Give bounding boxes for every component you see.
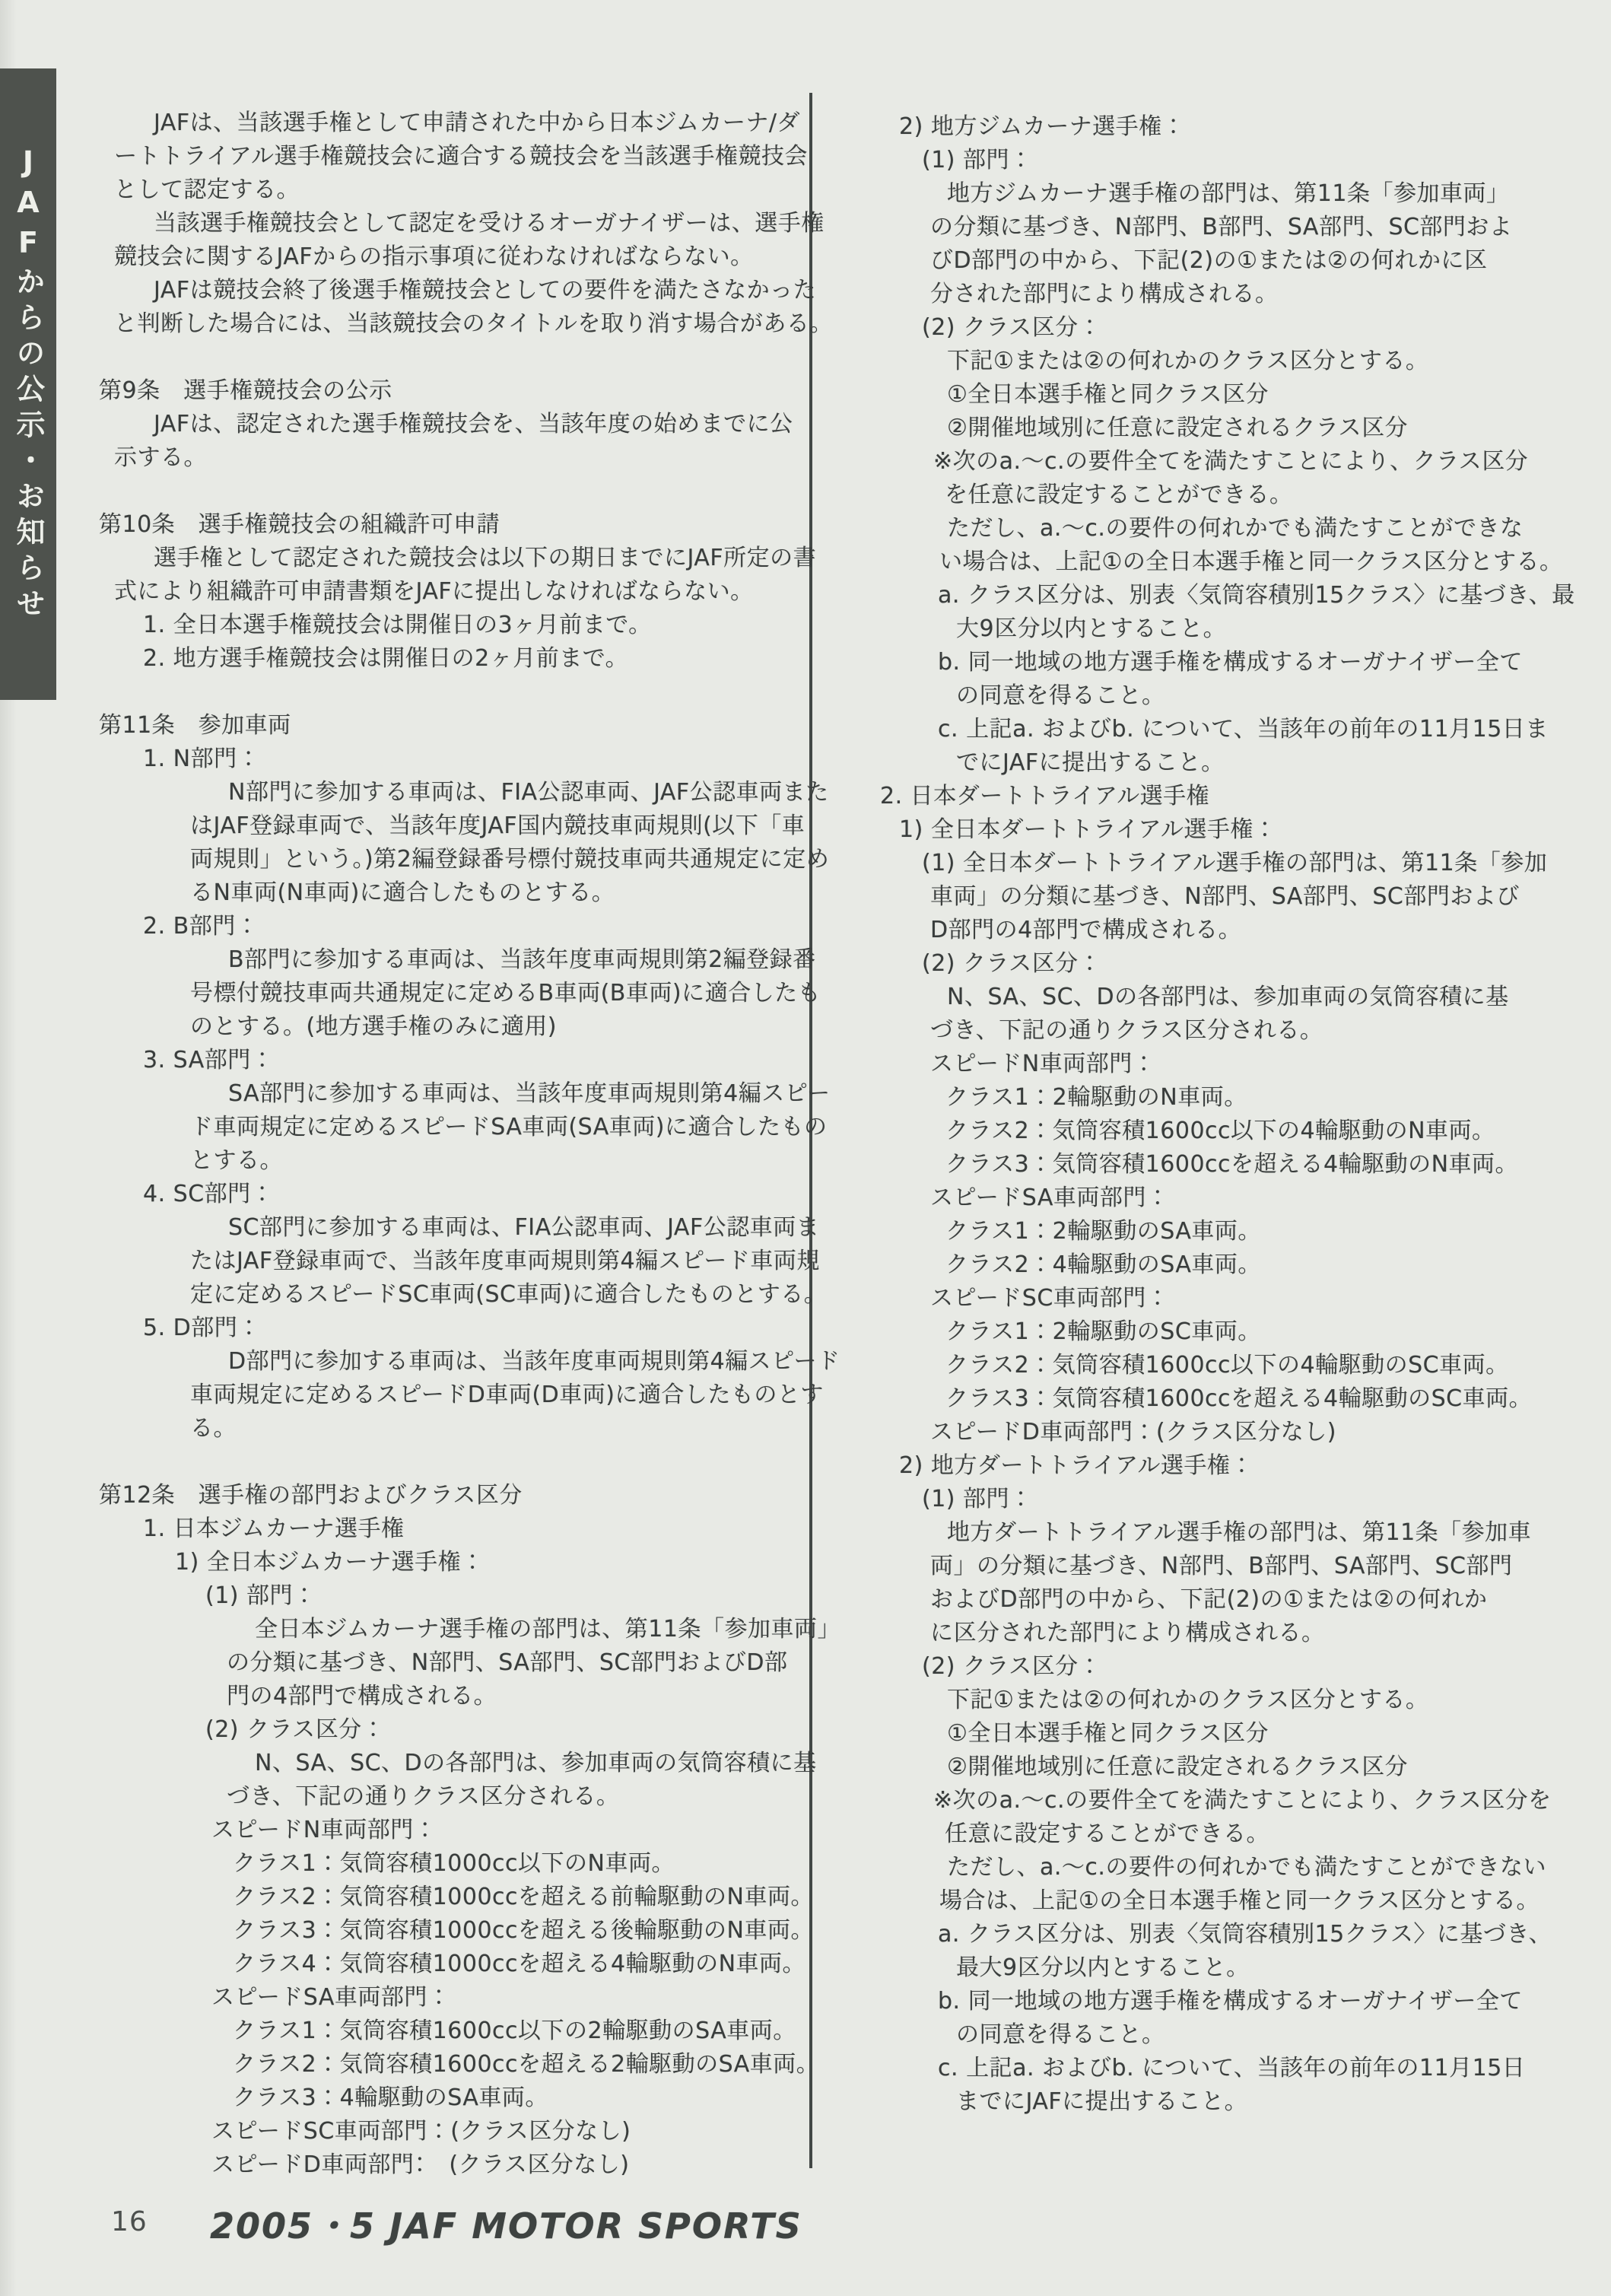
text-line: クラス3：気筒容積1600ccを超える4輪駆動のSC車両。 [945, 1382, 1587, 1416]
text-line: クラス1：2輪駆動のSA車両。 [945, 1215, 1587, 1248]
text-line: ド車両規定に定めるスピードSA車両(SA車両)に適合したもの [190, 1111, 795, 1144]
text-line: 定に定めるスピードSC車両(SC車両)に適合したものとする。 [190, 1278, 795, 1312]
text-line: たはJAF登録車両で、当該年度車両規則第4編スピード車両規 [190, 1245, 795, 1278]
text-line: 2. B部門： [143, 910, 795, 943]
text-line: とする。 [190, 1144, 795, 1178]
text-line: はJAF登録車両で、当該年度JAF国内競技車両規則(以下「車 [190, 809, 795, 843]
text-line: ただし、a.～c.の要件の何れかでも満たすことができない [947, 1851, 1587, 1884]
text-line: 2. 日本ダートトライアル選手権 [880, 780, 1587, 813]
text-line: を任意に設定することができる。 [945, 479, 1587, 512]
text-line: JAFは、認定された選手権競技会を、当該年度の始めまでに公 [154, 408, 795, 441]
text-line: b. 同一地域の地方選手権を構成するオーガナイザー全て [938, 646, 1587, 679]
text-line: スピードN車両部門： [930, 1048, 1587, 1081]
text-line: 全日本ジムカーナ選手権の部門は、第11条「参加車両」 [255, 1613, 795, 1646]
text-line: ①全日本選手権と同クラス区分 [947, 1717, 1587, 1751]
text-line: 競技会に関するJAFからの指示事項に従わなければならない。 [114, 240, 795, 274]
text-line: 下記①または②の何れかのクラス区分とする。 [947, 345, 1587, 378]
text-line: 4. SC部門： [143, 1178, 795, 1211]
text-line: 号標付競技車両共通規定に定めるB車両(B車両)に適合したも [190, 977, 795, 1010]
text-line: (1) 全日本ダートトライアル選手権の部門は、第11条「参加 [922, 847, 1587, 880]
text-line: スピードSC車両部門：(クラス区分なし) [211, 2115, 795, 2148]
text-line: い場合は、上記①の全日本選手権と同一クラス区分とする。 [939, 545, 1587, 579]
text-line: c. 上記a. およびb. について、当該年の前年の11月15日ま [938, 713, 1587, 746]
text-line: の同意を得ること。 [956, 679, 1587, 713]
text-line: 選手権として認定された競技会は以下の期日までにJAF所定の書 [154, 542, 795, 575]
text-line: およびD部門の中から、下記(2)の①または②の何れか [930, 1583, 1587, 1617]
text-line: ※次のa.～c.の要件全てを満たすことにより、クラス区分 [933, 445, 1587, 479]
text-line: 場合は、上記①の全日本選手権と同一クラス区分とする。 [939, 1884, 1587, 1918]
text-line: 両」の分類に基づき、N部門、B部門、SA部門、SC部門 [930, 1550, 1587, 1583]
text-line: SC部門に参加する車両は、FIA公認車両、JAF公認車両ま [228, 1211, 795, 1245]
text-line: 任意に設定することができる。 [945, 1817, 1587, 1851]
text-line: 最大9区分以内とすること。 [956, 1951, 1587, 1985]
text-line: クラス4：気筒容積1000ccを超える4輪駆動のN車両。 [233, 1948, 795, 1981]
magazine-title: 2005・5 JAF MOTOR SPORTS [210, 2199, 802, 2249]
text-line: 車両」の分類に基づき、N部門、SA部門、SC部門および [930, 880, 1587, 914]
text-line: ①全日本選手権と同クラス区分 [947, 378, 1587, 412]
scanned-magazine-page: { "sidebar": { "label": "JAFからの公示・お知らせ" … [0, 0, 1611, 2296]
text-line: クラス3：気筒容積1000ccを超える後輪駆動のN車両。 [233, 1914, 795, 1948]
text-line: スピードSA車両部門： [930, 1181, 1587, 1215]
text-line: 1. 全日本選手権競技会は開催日の3ヶ月前まで。 [143, 609, 795, 642]
text-line: 地方ダートトライアル選手権の部門は、第11条「参加車 [947, 1516, 1587, 1550]
text-line: でにJAFに提出すること。 [956, 746, 1587, 780]
text-line: びD部門の中から、下記(2)の①または②の何れかに区 [930, 244, 1587, 278]
text-line: の同意を得ること。 [956, 2018, 1587, 2052]
text-line: づき、下記の通りクラス区分される。 [930, 1014, 1587, 1048]
text-line: (1) 部門： [922, 144, 1587, 177]
text-line: クラス3：気筒容積1600ccを超える4輪駆動のN車両。 [945, 1148, 1587, 1181]
text-line: づき、下記の通りクラス区分される。 [227, 1780, 795, 1814]
text-line: に区分された部門により構成される。 [930, 1617, 1587, 1650]
text-line: b. 同一地域の地方選手権を構成するオーガナイザー全て [938, 1985, 1587, 2018]
text-line: (2) クラス区分： [922, 947, 1587, 981]
footer: 16 2005・5 JAF MOTOR SPORTS [0, 2199, 1611, 2259]
text-line: クラス1：2輪駆動のSC車両。 [945, 1315, 1587, 1349]
text-line: (2) クラス区分： [922, 1650, 1587, 1684]
sidebar-tab: JAFからの公示・お知らせ [0, 68, 56, 700]
text-line: (2) クラス区分： [922, 311, 1587, 345]
text-line: スピードSC車両部門： [930, 1282, 1587, 1315]
text-line: JAFは、当該選手権として申請された中から日本ジムカーナ/ダ [154, 107, 795, 140]
text-line: ートトライアル選手権競技会に適合する競技会を当該選手権競技会 [114, 140, 795, 173]
text-line: クラス2：気筒容積1600ccを超える2輪駆動のSA車両。 [233, 2048, 795, 2081]
text-line: 式により組織許可申請書類をJAFに提出しなければならない。 [114, 575, 795, 609]
text-line: クラス2：気筒容積1600cc以下の4輪駆動のN車両。 [945, 1115, 1587, 1148]
text-line: クラス2：気筒容積1000ccを超える前輪駆動のN車両。 [233, 1881, 795, 1914]
text-line: 第12条 選手権の部門およびクラス区分 [99, 1479, 795, 1512]
text-line: スピードD車両部門： (クラス区分なし) [211, 2148, 795, 2182]
text-line: 第9条 選手権競技会の公示 [99, 374, 795, 408]
text-line: と判断した場合には、当該競技会のタイトルを取り消す場合がある。 [114, 307, 795, 341]
text-line: 下記①または②の何れかのクラス区分とする。 [947, 1684, 1587, 1717]
text-line: ②開催地域別に任意に設定されるクラス区分 [947, 412, 1587, 445]
text-line: 分された部門により構成される。 [930, 278, 1587, 311]
text-line: c. 上記a. およびb. について、当該年の前年の11月15日 [938, 2052, 1587, 2085]
text-line: 5. D部門： [143, 1312, 795, 1345]
text-line: る。 [190, 1412, 795, 1445]
text-line: a. クラス区分は、別表〈気筒容積別15クラス〉に基づき、最 [938, 579, 1587, 612]
text-line: の分類に基づき、N部門、SA部門、SC部門およびD部 [227, 1646, 795, 1680]
text-line: 3. SA部門： [143, 1044, 795, 1077]
text-line: D部門に参加する車両は、当該年度車両規則第4編スピード [228, 1345, 795, 1379]
text-line: SA部門に参加する車両は、当該年度車両規則第4編スピー [228, 1077, 795, 1111]
text-line: のとする。(地方選手権のみに適用) [190, 1010, 795, 1044]
text-line: a. クラス区分は、別表〈気筒容積別15クラス〉に基づき、 [938, 1918, 1587, 1951]
text-line: (2) クラス区分： [205, 1713, 795, 1747]
text-line: ※次のa.～c.の要件全てを満たすことにより、クラス区分を [933, 1784, 1587, 1817]
text-line: JAFは競技会終了後選手権競技会としての要件を満たさなかった [154, 274, 795, 307]
sidebar-label: JAFからの公示・お知らせ [14, 145, 43, 624]
text-line: 2) 地方ジムカーナ選手権： [899, 110, 1587, 144]
text-line: スピードN車両部門： [211, 1814, 795, 1847]
page-number: 16 [111, 2206, 148, 2237]
text-line: N、SA、SC、Dの各部門は、参加車両の気筒容積に基 [947, 981, 1587, 1014]
text-line: 門の4部門で構成される。 [227, 1680, 795, 1713]
text-line: 車両規定に定めるスピードD車両(D車両)に適合したものとす [190, 1379, 795, 1412]
text-line: ただし、a.～c.の要件の何れかでも満たすことができな [947, 512, 1587, 545]
text-line: 2) 地方ダートトライアル選手権： [899, 1449, 1587, 1483]
text-line: クラス1：2輪駆動のN車両。 [945, 1081, 1587, 1115]
text-line: 地方ジムカーナ選手権の部門は、第11条「参加車両」 [947, 177, 1587, 211]
text-line: 1. 日本ジムカーナ選手権 [143, 1512, 795, 1546]
text-line: 両規則」という。)第2編登録番号標付競技車両共通規定に定め [190, 843, 795, 876]
text-line: 当該選手権競技会として認定を受けるオーガナイザーは、選手権 [154, 207, 795, 240]
text-line: の分類に基づき、N部門、B部門、SA部門、SC部門およ [930, 211, 1587, 244]
text-line: D部門の4部門で構成される。 [930, 914, 1587, 947]
text-line: るN車両(N車両)に適合したものとする。 [190, 876, 795, 910]
text-line: (1) 部門： [205, 1579, 795, 1613]
text-line: として認定する。 [114, 173, 795, 207]
text-line: ②開催地域別に任意に設定されるクラス区分 [947, 1751, 1587, 1784]
text-line: 1. N部門： [143, 743, 795, 776]
text-line: までにJAFに提出すること。 [956, 2085, 1587, 2119]
text-line: クラス1：気筒容積1000cc以下のN車両。 [233, 1847, 795, 1881]
text-line: (1) 部門： [922, 1483, 1587, 1516]
text-line: クラス2：4輪駆動のSA車両。 [945, 1248, 1587, 1282]
text-line: スピードD車両部門：(クラス区分なし) [930, 1416, 1587, 1449]
text-line: B部門に参加する車両は、当該年度車両規則第2編登録番 [228, 943, 795, 977]
text-line: 1) 全日本ダートトライアル選手権： [899, 813, 1587, 847]
text-line: クラス1：気筒容積1600cc以下の2輪駆動のSA車両。 [233, 2015, 795, 2048]
right-column: 2) 地方ジムカーナ選手権：(1) 部門：地方ジムカーナ選手権の部門は、第11条… [880, 110, 1587, 2119]
text-line: 第10条 選手権競技会の組織許可申請 [99, 508, 795, 542]
text-line: 第11条 参加車両 [99, 709, 795, 743]
text-line: N部門に参加する車両は、FIA公認車両、JAF公認車両また [228, 776, 795, 809]
left-column: JAFは、当該選手権として申請された中から日本ジムカーナ/ダートトライアル選手権… [99, 107, 795, 2182]
text-line: クラス2：気筒容積1600cc以下の4輪駆動のSC車両。 [945, 1349, 1587, 1382]
text-line: スピードSA車両部門： [211, 1981, 795, 2015]
text-line: 示する。 [114, 441, 795, 475]
text-line: 1) 全日本ジムカーナ選手権： [175, 1546, 795, 1579]
text-line: N、SA、SC、Dの各部門は、参加車両の気筒容積に基 [255, 1747, 795, 1780]
text-line: クラス3：4輪駆動のSA車両。 [233, 2081, 795, 2115]
text-line: 大9区分以内とすること。 [956, 612, 1587, 646]
text-line: 2. 地方選手権競技会は開催日の2ヶ月前まで。 [143, 642, 795, 676]
